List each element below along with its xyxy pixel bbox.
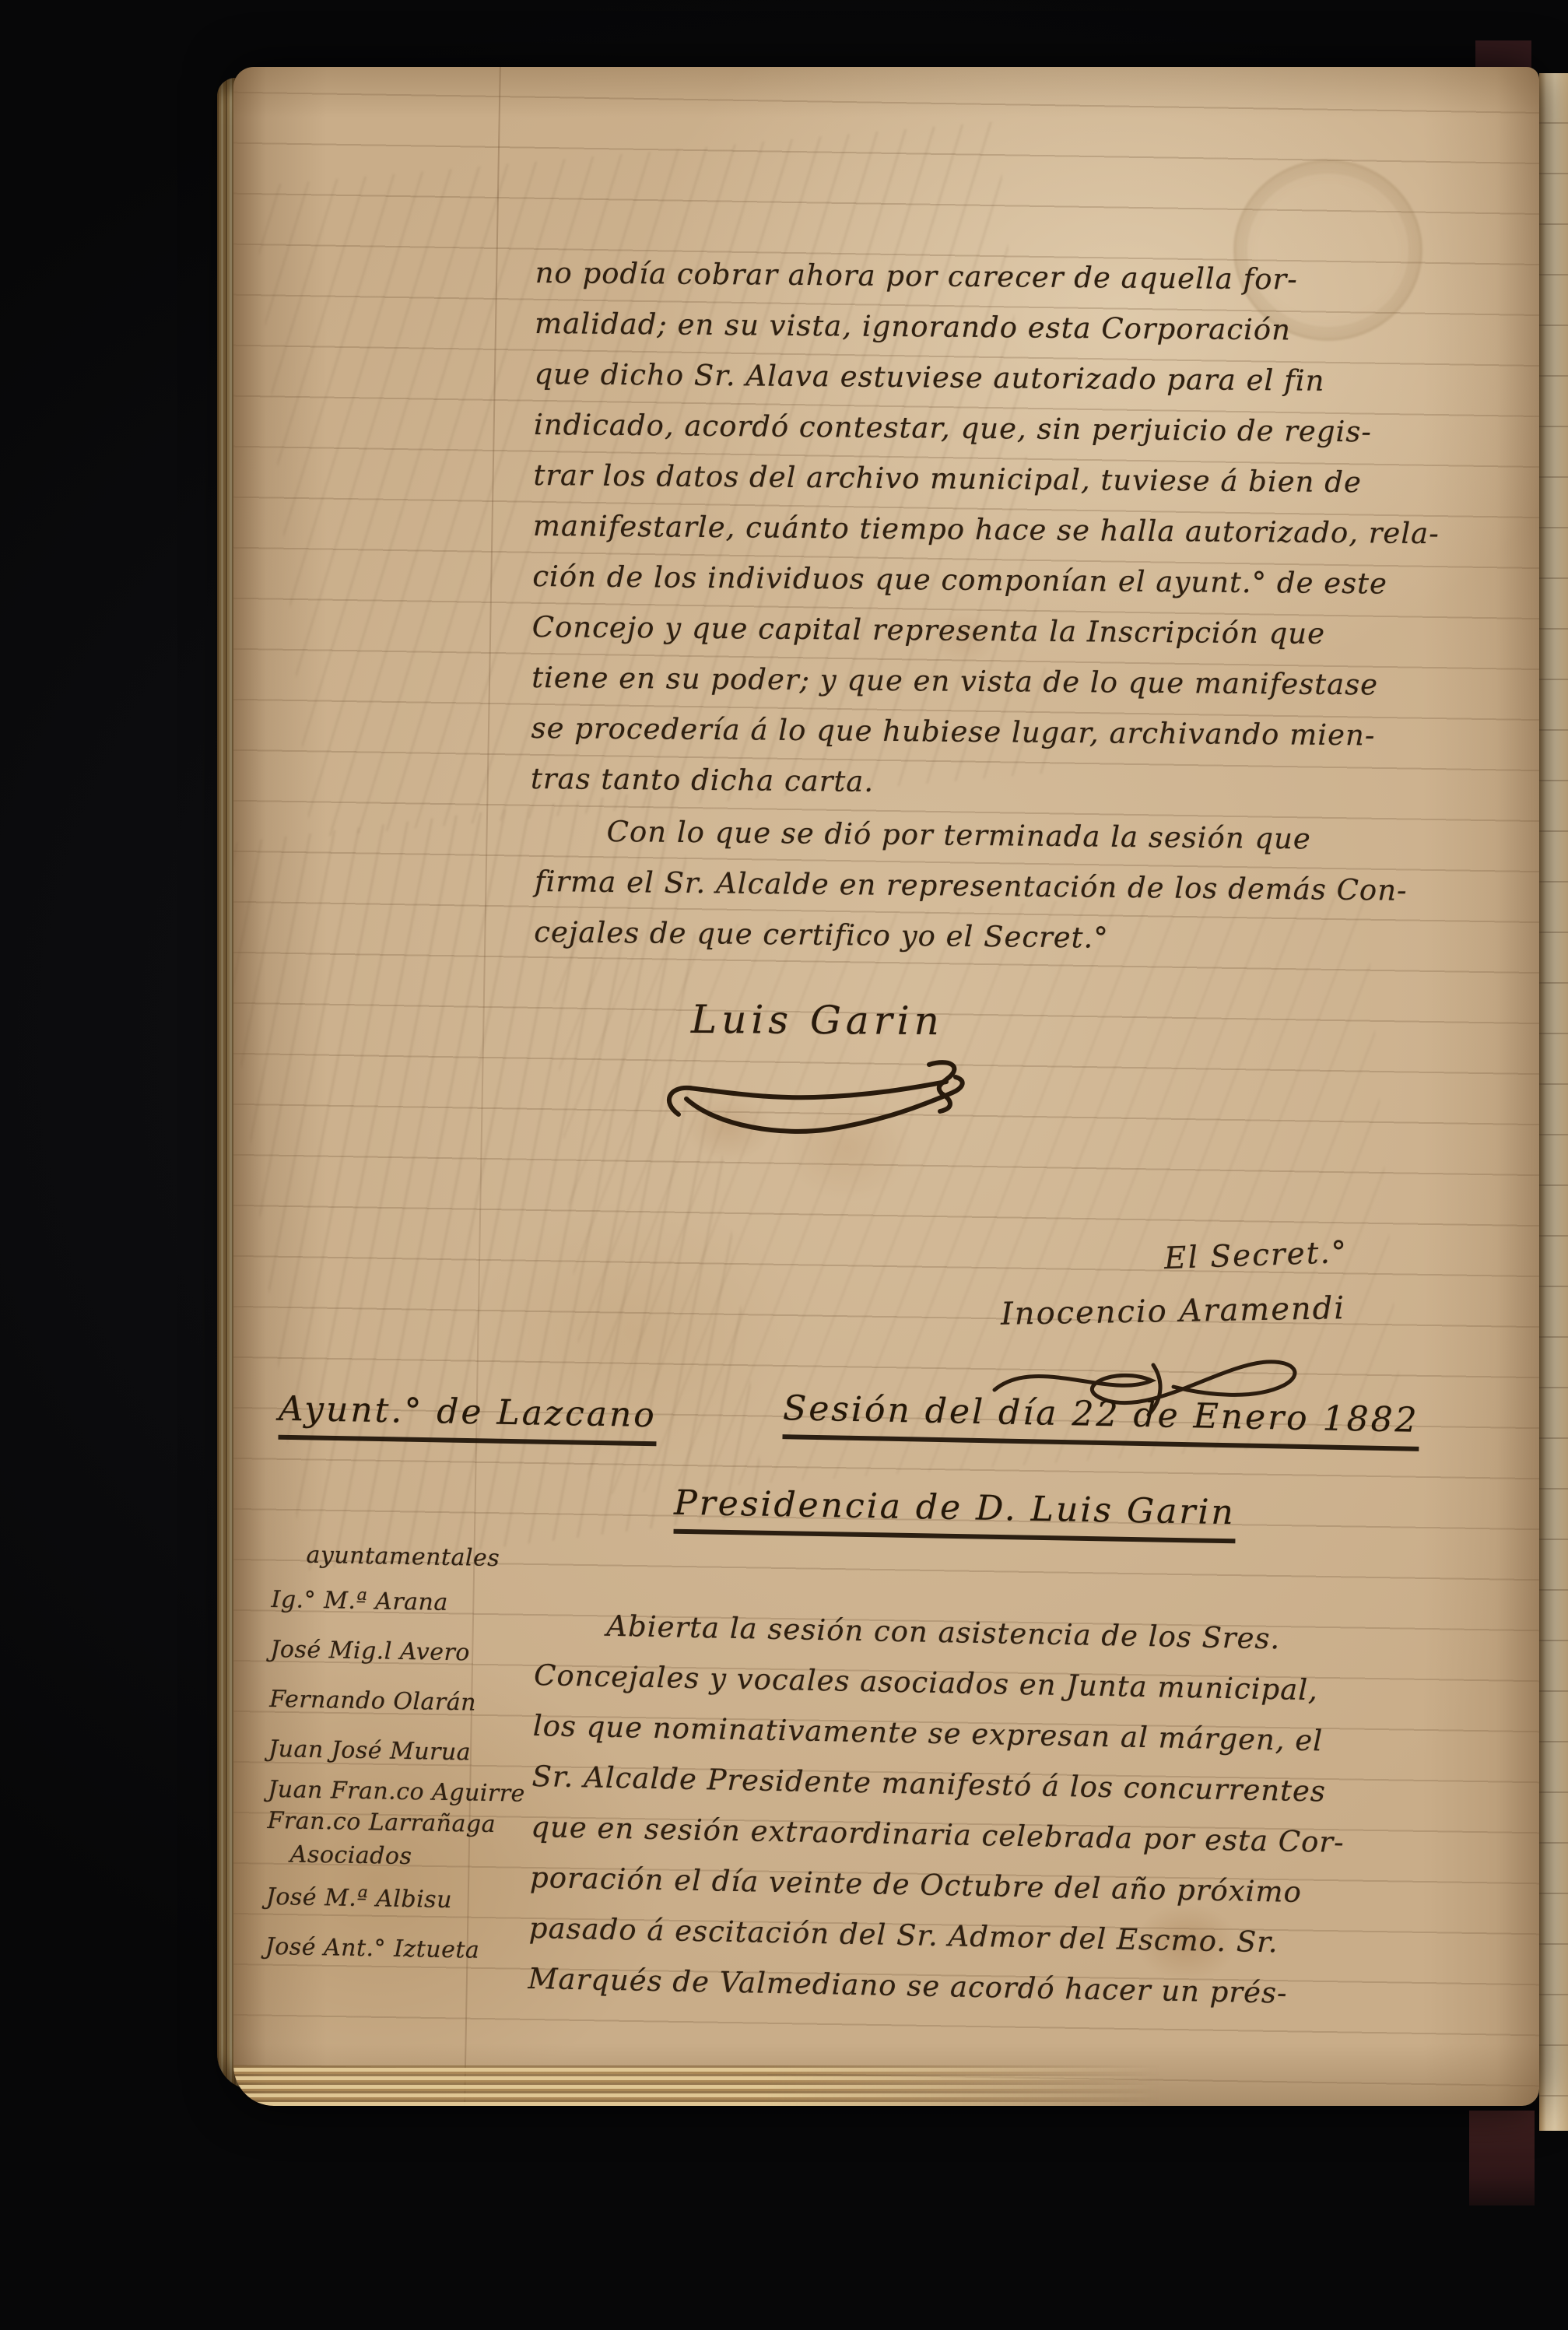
paragraph-session-opening: Abierta la sesión con asistencia de los … <box>528 1599 1539 2023</box>
facing-page-fore-edge <box>1539 73 1568 2131</box>
handwritten-line: Juan Fran.co Aguirre <box>268 1774 525 1810</box>
handwritten-line: manifestarle, cuánto tiempo hace se hall… <box>533 500 1539 560</box>
presidency-heading: Presidencia de D. Luis Garin <box>673 1483 1236 1544</box>
handwritten-line: Asociados <box>266 1837 524 1877</box>
handwritten-line: trar los datos del archivo municipal, tu… <box>533 450 1539 509</box>
paragraph-closing: Con lo que se dió por terminada la sesió… <box>534 805 1539 968</box>
handwritten-line: José M.ª Albisu <box>265 1872 523 1927</box>
paragraph-resolution: no podía cobrar ahora por carecer de aqu… <box>531 247 1539 812</box>
book-cover-bottom-right-corner <box>1469 2111 1535 2205</box>
secretary-signature: Inocencio Aramendi <box>1001 1290 1346 1332</box>
attendees-margin-list: ayuntamentales Ig.° M.ª AranaJosé Mig.l … <box>265 1535 529 1977</box>
handwritten-line: tiene en su poder; y que en vista de lo … <box>531 652 1539 711</box>
handwritten-line: Ig.° M.ª Arana <box>271 1575 528 1630</box>
handwritten-line: Concejo y que capital representa la Insc… <box>531 602 1539 661</box>
margin-header: ayuntamentales <box>272 1535 529 1580</box>
handwritten-line: que dicho Sr. Alava estuviese autorizado… <box>534 349 1539 408</box>
handwritten-line: Fran.co Larrañaga <box>267 1805 524 1841</box>
manuscript-page: no podía cobrar ahora por carecer de aqu… <box>233 67 1539 2106</box>
handwritten-line: ción de los individuos que componían el … <box>532 551 1539 610</box>
handwritten-line: no podía cobrar ahora por carecer de aqu… <box>535 247 1539 307</box>
handwritten-line: tras tanto dicha carta. <box>531 753 1539 812</box>
margin-names: Ig.° M.ª AranaJosé Mig.l AveroFernando O… <box>265 1575 528 1977</box>
secretary-title: El Secret.° <box>1163 1235 1349 1276</box>
handwritten-line: se procedería á lo que hubiese lugar, ar… <box>531 703 1539 762</box>
handwritten-line: malidad; en su vista, ignorando esta Cor… <box>535 298 1539 357</box>
handwritten-line: cejales de que certifico yo el Secret.° <box>534 907 1539 968</box>
handwritten-line: Juan José Murua <box>268 1725 526 1779</box>
handwritten-line: Fernando Olarán <box>269 1675 527 1729</box>
book-page-stack-bottom-edge <box>233 2065 1198 2106</box>
handwritten-line: indicado, acordó contestar, que, sin per… <box>534 399 1539 458</box>
handwritten-line: José Mig.l Avero <box>270 1625 528 1679</box>
council-heading: Ayunt.° de Lazcano <box>278 1389 657 1446</box>
alcalde-signature-rubric <box>660 1057 987 1158</box>
alcalde-signature: Luis Garin <box>691 997 944 1044</box>
handwritten-line: José Ant.° Iztueta <box>265 1922 522 1977</box>
archival-photo-background: no podía cobrar ahora por carecer de aqu… <box>0 0 1568 2330</box>
